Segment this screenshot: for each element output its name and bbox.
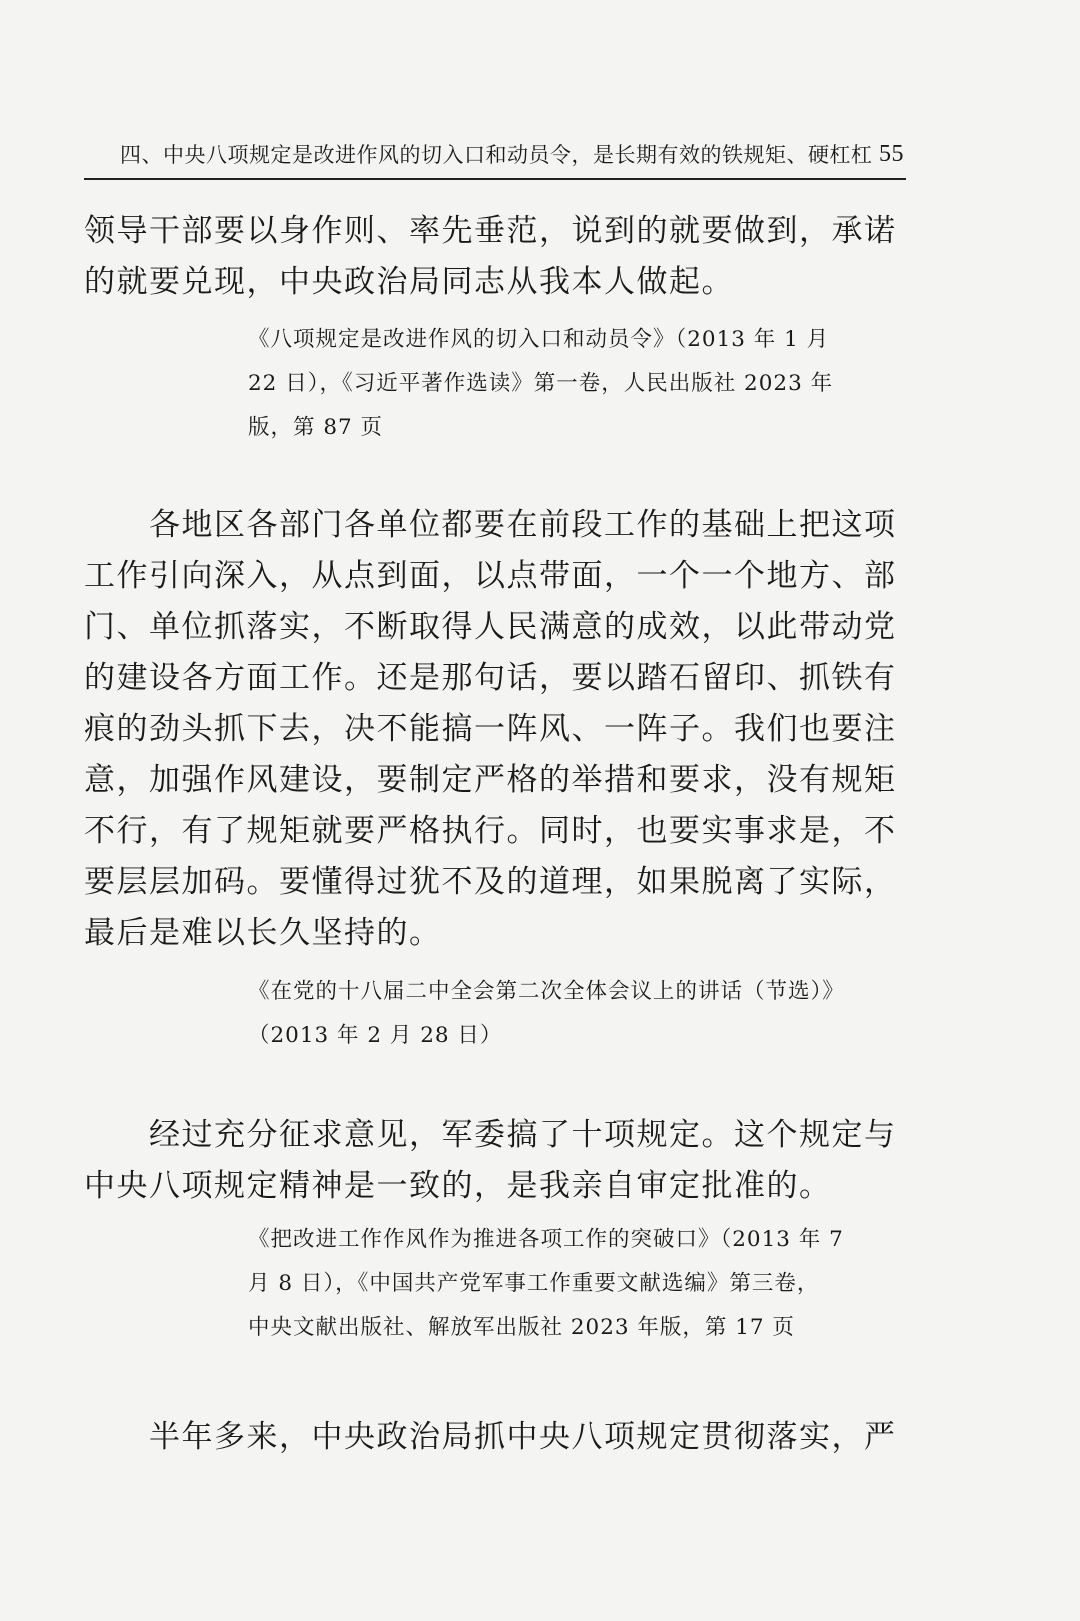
source-citation-2: 《在党的十八届二中全会第二次全体会议上的讲话（节选）》 （2013 年 2 月 … [248,970,908,1058]
text-line: 最后是难以长久坚持的。 [84,908,906,959]
header-divider [84,178,906,180]
text-line: 半年多来，中央政治局抓中央八项规定贯彻落实，严 [84,1412,906,1463]
citation-line: 《八项规定是改进作风的切入口和动员令》（2013 年 1 月 [248,318,908,362]
citation-line: 月 8 日），《中国共产党军事工作重要文献选编》第三卷， [248,1262,908,1306]
text-line: 中央八项规定精神是一致的，是我亲自审定批准的。 [84,1161,906,1212]
paragraph-1: 领导干部要以身作则、率先垂范，说到的就要做到，承诺 的就要兑现，中央政治局同志从… [84,206,906,308]
text-line: 的建设各方面工作。还是那句话，要以踏石留印、抓铁有 [84,653,906,704]
text-line: 要层层加码。要懂得过犹不及的道理，如果脱离了实际， [84,857,906,908]
chapter-title: 四、中央八项规定是改进作风的切入口和动员令，是长期有效的铁规矩、硬杠杠 [84,139,873,169]
book-page: 四、中央八项规定是改进作风的切入口和动员令，是长期有效的铁规矩、硬杠杠 55 领… [0,0,1080,1621]
text-line: 各地区各部门各单位都要在前段工作的基础上把这项 [84,500,906,551]
text-line: 经过充分征求意见，军委搞了十项规定。这个规定与 [84,1110,906,1161]
source-citation-3: 《把改进工作作风作为推进各项工作的突破口》（2013 年 7 月 8 日），《中… [248,1218,908,1350]
citation-line: 《把改进工作作风作为推进各项工作的突破口》（2013 年 7 [248,1218,908,1262]
paragraph-3: 经过充分征求意见，军委搞了十项规定。这个规定与 中央八项规定精神是一致的，是我亲… [84,1110,906,1212]
citation-line: 中央文献出版社、解放军出版社 2023 年版，第 17 页 [248,1306,908,1350]
text-line: 痕的劲头抓下去，决不能搞一阵风、一阵子。我们也要注 [84,704,906,755]
text-line: 不行，有了规矩就要严格执行。同时，也要实事求是，不 [84,806,906,857]
paragraph-4: 半年多来，中央政治局抓中央八项规定贯彻落实，严 [84,1412,906,1463]
paragraph-2: 各地区各部门各单位都要在前段工作的基础上把这项 工作引向深入，从点到面，以点带面… [84,500,906,959]
page-number: 55 [879,141,904,168]
citation-line: 版，第 87 页 [248,406,908,450]
source-citation-1: 《八项规定是改进作风的切入口和动员令》（2013 年 1 月 22 日），《习近… [248,318,908,450]
citation-line: 《在党的十八届二中全会第二次全体会议上的讲话（节选）》 [248,970,908,1014]
citation-line: （2013 年 2 月 28 日） [248,1014,908,1058]
citation-line: 22 日），《习近平著作选读》第一卷，人民出版社 2023 年 [248,362,908,406]
text-line: 意，加强作风建设，要制定严格的举措和要求，没有规矩 [84,755,906,806]
text-line: 领导干部要以身作则、率先垂范，说到的就要做到，承诺 [84,206,906,257]
text-line: 的就要兑现，中央政治局同志从我本人做起。 [84,257,906,308]
running-header: 四、中央八项规定是改进作风的切入口和动员令，是长期有效的铁规矩、硬杠杠 55 [84,134,904,174]
text-line: 门、单位抓落实，不断取得人民满意的成效，以此带动党 [84,602,906,653]
text-line: 工作引向深入，从点到面，以点带面，一个一个地方、部 [84,551,906,602]
